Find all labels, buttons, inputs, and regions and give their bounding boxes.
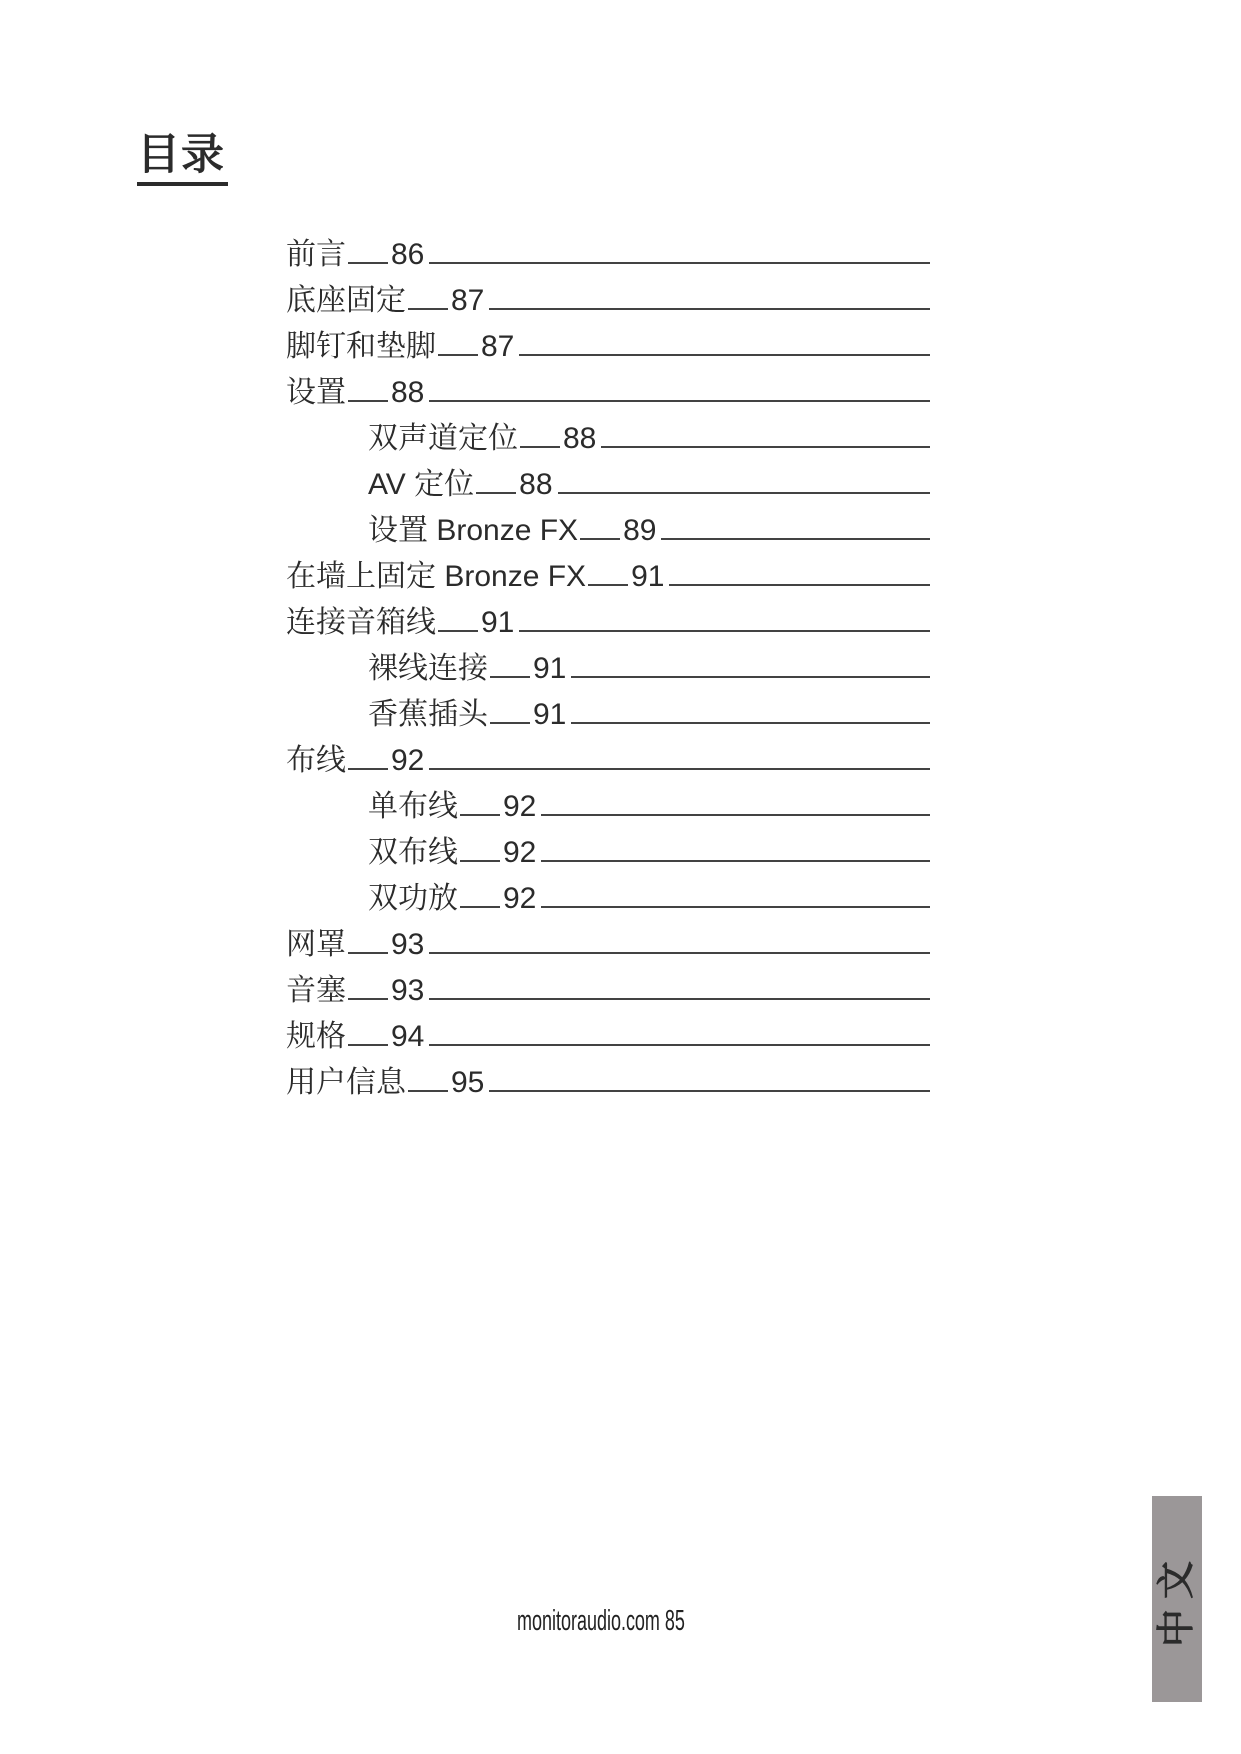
toc-entry-page-number: 89 [623,516,656,546]
toc-entry: 裸线连接 91 [286,642,930,688]
leader-line [429,400,930,402]
toc-entry-page-number: 88 [519,470,552,500]
toc-entry-page-number: 88 [563,424,596,454]
toc-entry-page-number: 91 [631,562,664,592]
leader-line [541,814,930,816]
toc-entry-label: 布线 [286,746,346,776]
toc-entry: 设置 Bronze FX 89 [286,504,930,550]
leader-line [489,1090,930,1092]
leader-line [588,584,628,586]
language-tab: 中文 [1152,1496,1202,1702]
toc-entry: 双布线 92 [286,826,930,872]
leader-line [348,400,388,402]
toc-entry: 用户信息 95 [286,1056,930,1102]
toc-entry: 在墙上固定 Bronze FX 91 [286,550,930,596]
toc-entry-page-number: 93 [391,930,424,960]
toc-entry: 规格 94 [286,1010,930,1056]
toc-entry-page-number: 86 [391,240,424,270]
leader-line [519,630,930,632]
toc-entry-page-number: 88 [391,378,424,408]
toc-entry-page-number: 87 [481,332,514,362]
leader-line [490,722,530,724]
toc-entry-label: 双声道定位 [368,424,518,454]
leader-line [519,354,930,356]
leader-line [429,262,930,264]
toc-entry: 脚钉和垫脚 87 [286,320,930,366]
toc-entry-label: 在墙上固定 Bronze FX [286,562,586,592]
language-tab-label: 中文 [1158,1551,1196,1647]
toc-entry-label: 设置 [286,378,346,408]
toc: 前言 86 底座固定 87 脚钉和垫脚 87 设置 88 双声道定位 [286,228,930,1102]
toc-entry-label: AV 定位 [368,470,474,500]
toc-entry: 单布线 92 [286,780,930,826]
leader-line [476,492,516,494]
toc-entry-label: 连接音箱线 [286,608,436,638]
toc-entry-label: 裸线连接 [368,654,488,684]
toc-entry-label: 前言 [286,240,346,270]
leader-line [661,538,930,540]
toc-entry: 网罩 93 [286,918,930,964]
toc-entry-label: 双功放 [368,884,458,914]
toc-entry-page-number: 91 [481,608,514,638]
leader-line [520,446,560,448]
toc-entry-label: 双布线 [368,838,458,868]
toc-entry-page-number: 94 [391,1022,424,1052]
leader-line [408,1090,448,1092]
leader-line [580,538,620,540]
toc-entry-page-number: 92 [503,792,536,822]
leader-line [558,492,930,494]
toc-entry: 布线 92 [286,734,930,780]
toc-entry-label: 单布线 [368,792,458,822]
toc-entry: 香蕉插头 91 [286,688,930,734]
footer-text: monitoraudio.com 85 [517,1607,685,1636]
toc-entry-label: 用户信息 [286,1068,406,1098]
toc-entry: 前言 86 [286,228,930,274]
leader-line [669,584,930,586]
leader-line [571,676,930,678]
toc-entry-label: 香蕉插头 [368,700,488,730]
leader-line [490,676,530,678]
leader-line [460,814,500,816]
document-page: 目录 前言 86 底座固定 87 脚钉和垫脚 87 设置 88 [0,0,1241,1754]
toc-entry-label: 网罩 [286,930,346,960]
leader-line [429,768,930,770]
leader-line [460,860,500,862]
leader-line [489,308,930,310]
leader-line [429,1044,930,1046]
leader-line [601,446,930,448]
toc-entry-page-number: 93 [391,976,424,1006]
toc-entry-label: 设置 Bronze FX [368,516,578,546]
toc-entry-label: 脚钉和垫脚 [286,332,436,362]
toc-entry-page-number: 92 [503,838,536,868]
leader-line [429,952,930,954]
toc-entry-page-number: 91 [533,700,566,730]
toc-entry-page-number: 87 [451,286,484,316]
leader-line [541,906,930,908]
toc-entry-page-number: 92 [391,746,424,776]
leader-line [348,952,388,954]
leader-line [429,998,930,1000]
toc-entry: 连接音箱线 91 [286,596,930,642]
toc-entry: 双功放 92 [286,872,930,918]
toc-entry: 音塞 93 [286,964,930,1010]
leader-line [348,768,388,770]
leader-line [571,722,930,724]
leader-line [438,354,478,356]
leader-line [438,630,478,632]
page-title: 目录 [137,134,228,186]
leader-line [460,906,500,908]
leader-line [348,1044,388,1046]
toc-entry-label: 音塞 [286,976,346,1006]
toc-entry-page-number: 92 [503,884,536,914]
toc-entry: 设置 88 [286,366,930,412]
leader-line [408,308,448,310]
leader-line [541,860,930,862]
toc-entry-page-number: 91 [533,654,566,684]
toc-entry-label: 底座固定 [286,286,406,316]
toc-entry-page-number: 95 [451,1068,484,1098]
toc-entry: 底座固定 87 [286,274,930,320]
toc-entry: AV 定位 88 [286,458,930,504]
toc-entry: 双声道定位 88 [286,412,930,458]
leader-line [348,262,388,264]
leader-line [348,998,388,1000]
toc-entry-label: 规格 [286,1022,346,1052]
